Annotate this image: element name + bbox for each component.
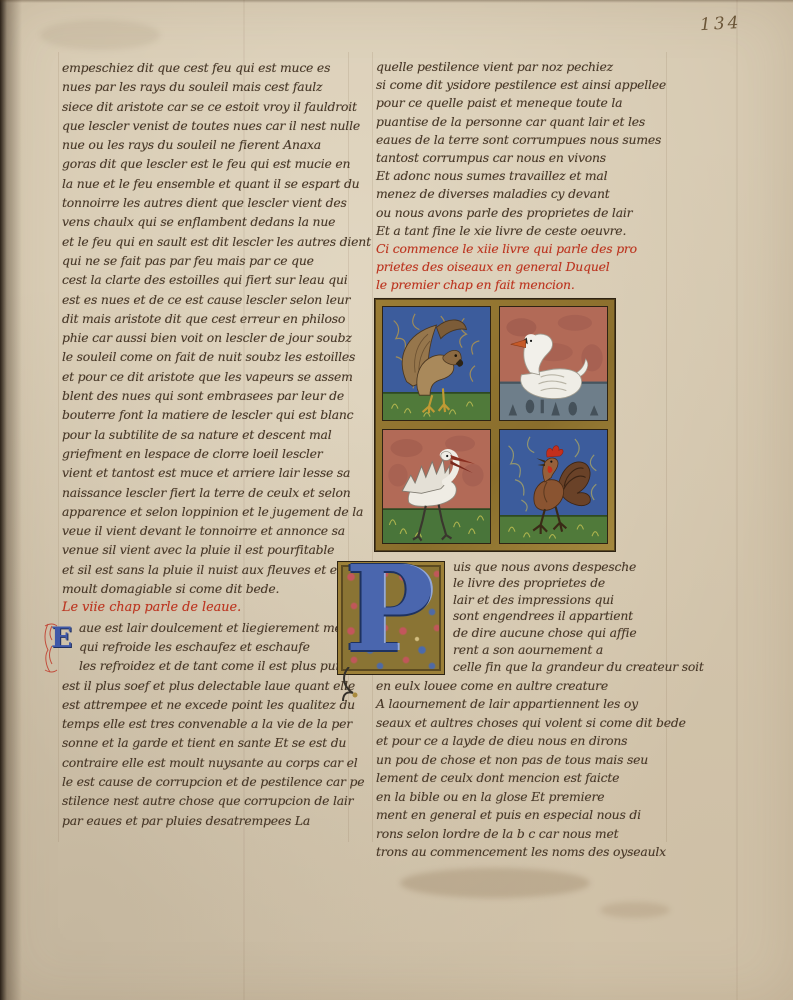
rubric-line: Ci commence le xiie livre qui parle des … (376, 240, 664, 258)
parchment-fold (736, 0, 738, 1000)
text-line: bouterre font la matiere de lescler qui … (62, 405, 346, 424)
text-line: nues par les rays du souleil mais cest f… (62, 77, 346, 96)
text-line: qui refroide les eschaufez et eschaufe (62, 637, 346, 656)
text-line: sonne et la garde et tient en sante Et s… (62, 733, 346, 752)
text-line: veue il vient devant le tonnoirre et ann… (62, 521, 346, 540)
text-line: et le feu qui en sault est dit lescler l… (62, 232, 346, 251)
rubric: Ci commence le xiie livre qui parle des … (376, 240, 664, 295)
rubric-line: le premier chap en fait mencion. (376, 276, 664, 294)
text-line: ment en general et puis en especial nous… (376, 806, 664, 825)
text-line: vient et tantost est muce et arriere lai… (62, 463, 346, 482)
text-line: apparence et selon loppinion et le jugem… (62, 502, 346, 521)
chapter-heading: Le viie chap parle de leaue. (62, 598, 346, 617)
text-line: nue ou les rays du souleil ne fierent An… (62, 135, 346, 154)
swan-miniature (499, 306, 608, 421)
initial-letter-E: E (42, 622, 78, 674)
left-paragraph-2: aue est lair doulcement et liegierement … (62, 618, 346, 830)
text-line: ou nous avons parle des proprietes de la… (376, 204, 664, 222)
initial-tail-flourish (333, 667, 367, 703)
left-paragraph-1: empeschiez dit que cest feu qui est muce… (62, 58, 346, 598)
right-text-column: quelle pestilence vient par noz pechiezs… (376, 58, 664, 862)
text-line: en eulx louee come en aultre creature (376, 677, 664, 696)
text-line: goras dit que lescler est le feu qui est… (62, 154, 346, 173)
text-line: un pou de chose et non pas de tous mais … (376, 751, 664, 770)
text-line: pour la subtilite de sa nature et descen… (62, 425, 346, 444)
ruling-line (58, 52, 59, 842)
text-line: et pour ce dit aristote que les vapeurs … (62, 367, 346, 386)
text-line: aue est lair doulcement et liegierement … (62, 618, 346, 637)
text-line: en la bible ou en la glose Et premiere (376, 788, 664, 807)
text-line: temps elle est tres convenable a la vie … (62, 714, 346, 733)
text-line: est il plus soef et plus delectable laue… (62, 676, 346, 695)
text-line: menez de diverses maladies cy devant (376, 185, 664, 203)
text-line: que lescler venist de toutes nues car il… (62, 116, 346, 135)
text-line: rons selon lordre de la b c car nous met (376, 825, 664, 844)
text-line: venue sil vient avec la pluie il est pou… (62, 540, 346, 559)
text-line: Et a tant fine le xie livre de ceste oeu… (376, 222, 664, 240)
text-line: siece dit aristote car se ce estoit vroy… (62, 97, 346, 116)
text-line: Et adonc nous sumes travaillez et mal (376, 167, 664, 185)
rooster-miniature (499, 429, 608, 544)
parchment-stain (40, 20, 160, 50)
text-line: phie car aussi bien voit on lescler de j… (62, 328, 346, 347)
text-line: pour ce quelle paist et meneque toute la (376, 94, 664, 112)
text-line: le souleil come on fait de nuit soubz le… (62, 347, 346, 366)
text-line: seaux et aultres choses qui volent si co… (376, 714, 664, 733)
text-line: le est cause de corrupcion et de pestile… (62, 772, 346, 791)
parchment-stain (400, 868, 590, 898)
ruling-line (372, 52, 373, 842)
text-line: trons au commencement les noms des oysea… (376, 843, 664, 862)
text-line: vens chaulx qui se enflambent dedans la … (62, 212, 346, 231)
right-paragraph-2: P uis que nous avons despeschele livre d… (376, 559, 664, 862)
text-line: naissance lescler fiert la terre de ceul… (62, 483, 346, 502)
text-line: empeschiez dit que cest feu qui est muce… (62, 58, 346, 77)
text-line: A laournement de lair appartiennent les … (376, 695, 664, 714)
text-line: quelle pestilence vient par noz pechiez (376, 58, 664, 76)
stork-miniature (382, 429, 491, 544)
text-line: cest la clarte des estoilles qui fiert s… (62, 270, 346, 289)
text-line: dit mais aristote dit que cest erreur en… (62, 309, 346, 328)
eagle-miniature (382, 306, 491, 421)
parchment-stain (600, 902, 670, 918)
text-line: eaues de la terre sont corrumpues nous s… (376, 131, 664, 149)
right-paragraph-1: quelle pestilence vient par noz pechiezs… (376, 58, 664, 240)
text-line: est es nues et de ce est cause lescler s… (62, 290, 346, 309)
page-top-edge (0, 0, 793, 3)
text-line: si come dit ysidore pestilence est ainsi… (376, 76, 664, 94)
text-line: contraire elle est moult nuysante au cor… (62, 753, 346, 772)
text-line: et pour ce a layde de dieu nous en diron… (376, 732, 664, 751)
left-text-column: empeschiez dit que cest feu qui est muce… (62, 58, 346, 830)
text-line: par eaues et par pluies desatrempees La (62, 811, 346, 830)
text-line: les refroidez et de tant come il est plu… (62, 656, 346, 675)
bird-miniature (374, 298, 616, 552)
text-line: et sil est sans la pluie il nuist aux fl… (62, 560, 346, 579)
initial-letter-P: P (338, 562, 444, 674)
text-line: tantost corrumpus car nous en vivons (376, 149, 664, 167)
text-line: lement de ceulx dont mencion est faicte (376, 769, 664, 788)
text-line: moult domagiable si come dit bede. (62, 579, 346, 598)
rubric-line: prietes des oiseaux en general Duquel (376, 258, 664, 276)
folio-number: 134 (700, 13, 742, 35)
text-line: puantise de la personne car quant lair e… (376, 113, 664, 131)
text-line: tonnoirre les autres dient que lescler v… (62, 193, 346, 212)
text-line: est attrempee et ne excede point les qua… (62, 695, 346, 714)
manuscript-page: 134 empeschiez dit que cest feu qui est … (0, 0, 793, 1000)
text-line: griefment en lespace de clorre loeil les… (62, 444, 346, 463)
text-line: stilence nest autre chose que corrupcion… (62, 791, 346, 810)
text-line: qui ne se fait pas par feu mais par ce q… (62, 251, 346, 270)
text-line: blent des nues qui sont embrasees par le… (62, 386, 346, 405)
binding-gutter-shadow (0, 0, 22, 1000)
text-line: la nue et le feu ensemble et quant il se… (62, 174, 346, 193)
